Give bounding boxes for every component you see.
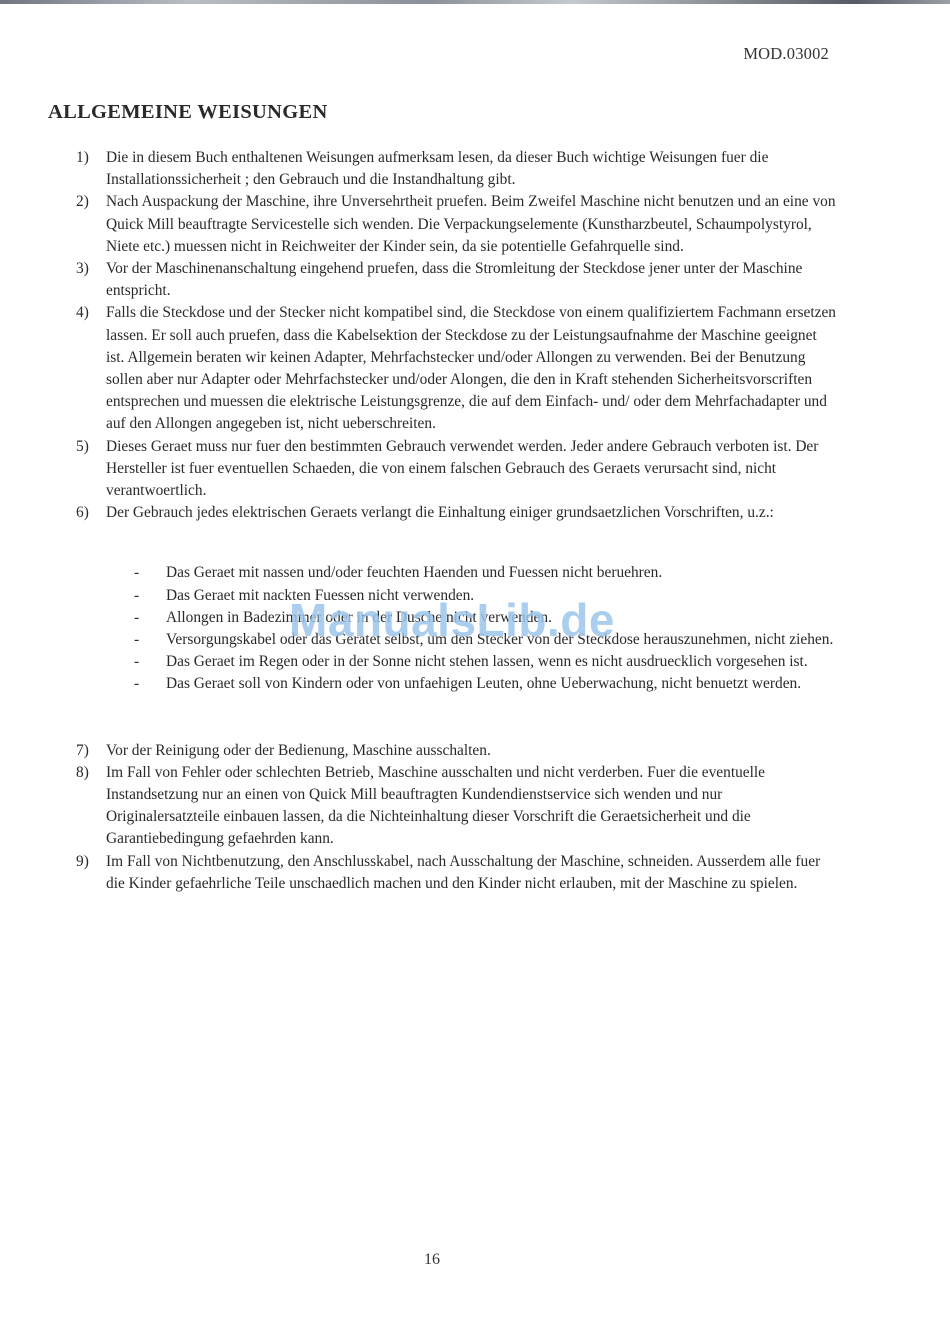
item-number: 2) xyxy=(76,191,89,213)
dash-marker: - xyxy=(134,673,139,695)
item-text: Dieses Geraet muss nur fuer den bestimmt… xyxy=(106,436,836,503)
dash-marker: - xyxy=(134,651,139,673)
model-code: MOD.03002 xyxy=(743,44,829,64)
page-title: ALLGEMEINE WEISUNGEN xyxy=(48,101,328,124)
sub-item-text: Das Geraet mit nackten Fuessen nicht ver… xyxy=(166,587,474,604)
dash-marker: - xyxy=(134,629,139,651)
sub-item-text: Das Geraet mit nassen und/oder feuchten … xyxy=(166,564,662,581)
item-number: 6) xyxy=(76,502,89,524)
item-number: 7) xyxy=(76,740,89,762)
item-text: Die in diesem Buch enthaltenen Weisungen… xyxy=(106,147,836,191)
list-item: 7) Vor der Reinigung oder der Bedienung,… xyxy=(76,740,836,762)
list-item: 9) Im Fall von Nichtbenutzung, den Ansch… xyxy=(76,851,836,895)
item-text: Im Fall von Nichtbenutzung, den Anschlus… xyxy=(106,851,836,895)
item-text: Vor der Reinigung oder der Bedienung, Ma… xyxy=(106,740,836,762)
sub-item-text: Das Geraet soll von Kindern oder von unf… xyxy=(166,675,801,692)
dash-marker: - xyxy=(134,562,139,584)
sub-item-text: Das Geraet im Regen oder in der Sonne ni… xyxy=(166,653,808,670)
list-item: 4) Falls die Steckdose und der Stecker n… xyxy=(76,302,836,435)
item-number: 9) xyxy=(76,851,89,873)
sub-item-text: Allongen in Badezimmer oder in der Dusch… xyxy=(166,609,552,626)
sub-item: - Allongen in Badezimmer oder in der Dus… xyxy=(134,607,836,629)
list-item: 1) Die in diesem Buch enthaltenen Weisun… xyxy=(76,147,836,191)
spacer xyxy=(106,696,836,740)
item-number: 3) xyxy=(76,258,89,280)
item-text: Falls die Steckdose und der Stecker nich… xyxy=(106,302,836,435)
sub-item-text: Versorgungskabel oder das Geratet selbst… xyxy=(166,631,833,648)
item-text: Vor der Maschinenanschaltung eingehend p… xyxy=(106,258,836,302)
list-item: 8) Im Fall von Fehler oder schlechten Be… xyxy=(76,762,836,851)
item-number: 5) xyxy=(76,436,89,458)
page-number: 16 xyxy=(424,1251,440,1269)
sub-item: - Versorgungskabel oder das Geratet selb… xyxy=(134,629,836,651)
list-item: 5) Dieses Geraet muss nur fuer den besti… xyxy=(76,436,836,503)
item-number: 4) xyxy=(76,302,89,324)
item-text: Im Fall von Fehler oder schlechten Betri… xyxy=(106,762,836,851)
list-item: 6) Der Gebrauch jedes elektrischen Gerae… xyxy=(76,502,836,739)
dash-marker: - xyxy=(134,585,139,607)
sub-item: - Das Geraet soll von Kindern oder von u… xyxy=(134,673,836,695)
item-text: Der Gebrauch jedes elektrischen Geraets … xyxy=(106,502,836,524)
instruction-list: 1) Die in diesem Buch enthaltenen Weisun… xyxy=(76,147,836,895)
scan-edge xyxy=(0,0,950,4)
sub-list: - Das Geraet mit nassen und/oder feuchte… xyxy=(106,562,836,695)
list-item: 2) Nach Auspackung der Maschine, ihre Un… xyxy=(76,191,836,258)
sub-item: - Das Geraet mit nackten Fuessen nicht v… xyxy=(134,585,836,607)
dash-marker: - xyxy=(134,607,139,629)
sub-item: - Das Geraet mit nassen und/oder feuchte… xyxy=(134,562,836,584)
sub-item: - Das Geraet im Regen oder in der Sonne … xyxy=(134,651,836,673)
item-text: Nach Auspackung der Maschine, ihre Unver… xyxy=(106,191,836,258)
list-item: 3) Vor der Maschinenanschaltung eingehen… xyxy=(76,258,836,302)
item-number: 8) xyxy=(76,762,89,784)
item-number: 1) xyxy=(76,147,89,169)
